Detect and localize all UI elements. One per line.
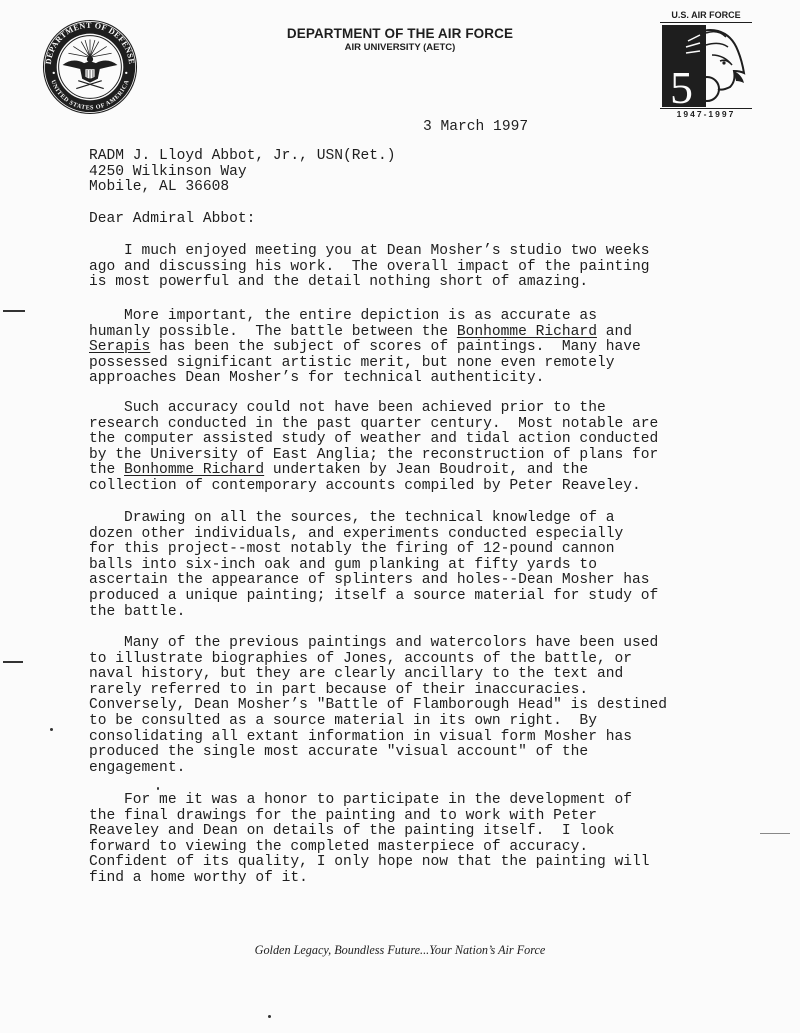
text-segment: humanly possible. The battle between the: [89, 324, 457, 340]
text-line: research conducted in the past quarter c…: [89, 417, 658, 433]
text-line: approaches Dean Mosher’s for technical a…: [89, 371, 641, 387]
text-segment: and: [597, 324, 632, 340]
text-line: consolidating all extant information in …: [89, 730, 667, 746]
text-segment: Conversely, Dean Mosher’s "Battle of Fla…: [89, 697, 667, 713]
text-segment: Reaveley and Dean on details of the pain…: [89, 823, 614, 839]
ship-name: Bonhomme Richard: [457, 324, 597, 340]
text-line: the Bonhomme Richard undertaken by Jean …: [89, 463, 658, 479]
text-segment: rarely referred to in part because of th…: [89, 682, 588, 698]
text-line: to illustrate biographies of Jones, acco…: [89, 652, 667, 668]
body-paragraph: Many of the previous paintings and water…: [89, 636, 667, 776]
ink-speck: [157, 787, 159, 790]
text-segment: Such accuracy could not have been achiev…: [89, 400, 606, 416]
eagle-icon: 5: [662, 25, 750, 107]
text-segment: is most powerful and the detail nothing …: [89, 274, 588, 290]
text-line: Such accuracy could not have been achiev…: [89, 401, 658, 417]
text-segment: undertaken by Jean Boudroit, and the: [264, 462, 588, 478]
fold-mark: [760, 833, 790, 834]
text-segment: possessed significant artistic merit, bu…: [89, 355, 614, 371]
letter-date: 3 March 1997: [423, 120, 528, 136]
recipient-name: RADM J. Lloyd Abbot, Jr., USN(Ret.): [89, 149, 396, 165]
text-segment: to illustrate biographies of Jones, acco…: [89, 651, 632, 667]
text-segment: naval history, but they are clearly anci…: [89, 666, 623, 682]
text-line: the battle.: [89, 605, 658, 621]
text-line: Many of the previous paintings and water…: [89, 636, 667, 652]
text-line: the computer assisted study of weather a…: [89, 432, 658, 448]
text-segment: the computer assisted study of weather a…: [89, 431, 658, 447]
ship-name: Bonhomme Richard: [124, 462, 264, 478]
text-segment: engagement.: [89, 760, 185, 776]
fold-mark: [3, 661, 23, 663]
dod-seal-icon: Department of Defense seal DEPARTMENT OF…: [41, 18, 139, 116]
ship-name: Serapis: [89, 339, 150, 355]
text-segment: For me it was a honor to participate in …: [89, 792, 632, 808]
text-line: Reaveley and Dean on details of the pain…: [89, 824, 650, 840]
recipient-city: Mobile, AL 36608: [89, 180, 396, 196]
text-segment: ago and discussing his work. The overall…: [89, 259, 650, 275]
text-line: produced the single most accurate "visua…: [89, 745, 667, 761]
text-segment: to be consulted as a source material in …: [89, 713, 597, 729]
text-segment: produced a unique painting; itself a sou…: [89, 588, 658, 604]
text-line: dozen other individuals, and experiments…: [89, 527, 658, 543]
text-line: humanly possible. The battle between the…: [89, 325, 641, 341]
text-line: for this project--most notably the firin…: [89, 542, 658, 558]
text-line: possessed significant artistic merit, bu…: [89, 356, 641, 372]
text-segment: forward to viewing the completed masterp…: [89, 839, 588, 855]
text-line: I much enjoyed meeting you at Dean Moshe…: [89, 244, 650, 260]
text-segment: for this project--most notably the firin…: [89, 541, 614, 557]
text-line: by the University of East Anglia; the re…: [89, 448, 658, 464]
text-segment: consolidating all extant information in …: [89, 729, 632, 745]
text-line: to be consulted as a source material in …: [89, 714, 667, 730]
text-segment: dozen other individuals, and experiments…: [89, 526, 623, 542]
text-segment: research conducted in the past quarter c…: [89, 416, 658, 432]
logo-years: 1947-1997: [660, 108, 752, 120]
text-line: Serapis has been the subject of scores o…: [89, 340, 641, 356]
text-line: rarely referred to in part because of th…: [89, 683, 667, 699]
text-segment: Confident of its quality, I only hope no…: [89, 854, 650, 870]
body-paragraph: Drawing on all the sources, the technica…: [89, 511, 658, 620]
text-segment: the: [89, 462, 124, 478]
text-line: is most powerful and the detail nothing …: [89, 275, 650, 291]
body-paragraph: More important, the entire depiction is …: [89, 309, 641, 387]
logo-number: 5: [670, 62, 693, 107]
text-segment: the battle.: [89, 604, 185, 620]
body-paragraph: Such accuracy could not have been achiev…: [89, 401, 658, 495]
salutation: Dear Admiral Abbot:: [89, 212, 255, 228]
body-paragraph: For me it was a honor to participate in …: [89, 793, 650, 887]
text-line: engagement.: [89, 761, 667, 777]
text-segment: Many of the previous paintings and water…: [89, 635, 658, 651]
text-segment: approaches Dean Mosher’s for technical a…: [89, 370, 544, 386]
text-segment: the final drawings for the painting and …: [89, 808, 597, 824]
organization-name: DEPARTMENT OF THE AIR FORCE: [240, 26, 560, 42]
text-segment: has been the subject of scores of painti…: [150, 339, 640, 355]
text-segment: collection of contemporary accounts comp…: [89, 478, 641, 494]
ink-speck: [50, 728, 53, 731]
text-segment: produced the single most accurate "visua…: [89, 744, 588, 760]
footer-motto: Golden Legacy, Boundless Future...Your N…: [0, 943, 800, 958]
letterhead: DEPARTMENT OF THE AIR FORCE AIR UNIVERSI…: [240, 26, 560, 54]
text-line: ago and discussing his work. The overall…: [89, 260, 650, 276]
text-segment: by the University of East Anglia; the re…: [89, 447, 658, 463]
text-line: find a home worthy of it.: [89, 871, 650, 887]
text-line: For me it was a honor to participate in …: [89, 793, 650, 809]
text-line: produced a unique painting; itself a sou…: [89, 589, 658, 605]
text-line: Drawing on all the sources, the technica…: [89, 511, 658, 527]
text-segment: I much enjoyed meeting you at Dean Moshe…: [89, 243, 650, 259]
text-line: forward to viewing the completed masterp…: [89, 840, 650, 856]
suborganization-name: AIR UNIVERSITY (AETC): [240, 42, 560, 54]
fold-mark: [3, 310, 25, 312]
text-segment: balls into six-inch oak and gum planking…: [89, 557, 597, 573]
text-segment: ascertain the appearance of splinters an…: [89, 572, 650, 588]
text-segment: Drawing on all the sources, the technica…: [89, 510, 614, 526]
text-line: Conversely, Dean Mosher’s "Battle of Fla…: [89, 698, 667, 714]
text-line: balls into six-inch oak and gum planking…: [89, 558, 658, 574]
logo-top-text: U.S. AIR FORCE: [660, 10, 752, 23]
text-segment: find a home worthy of it.: [89, 870, 308, 886]
text-line: naval history, but they are clearly anci…: [89, 667, 667, 683]
text-line: collection of contemporary accounts comp…: [89, 479, 658, 495]
text-line: the final drawings for the painting and …: [89, 809, 650, 825]
text-line: Confident of its quality, I only hope no…: [89, 855, 650, 871]
text-line: More important, the entire depiction is …: [89, 309, 641, 325]
recipient-address: RADM J. Lloyd Abbot, Jr., USN(Ret.)4250 …: [89, 149, 396, 196]
recipient-street: 4250 Wilkinson Way: [89, 165, 396, 181]
ink-speck: [268, 1015, 271, 1018]
body-paragraph: I much enjoyed meeting you at Dean Moshe…: [89, 244, 650, 291]
usaf-50th-anniversary-logo: U.S. AIR FORCE 5 1947-1997: [660, 10, 752, 120]
text-line: ascertain the appearance of splinters an…: [89, 573, 658, 589]
text-segment: More important, the entire depiction is …: [89, 308, 597, 324]
